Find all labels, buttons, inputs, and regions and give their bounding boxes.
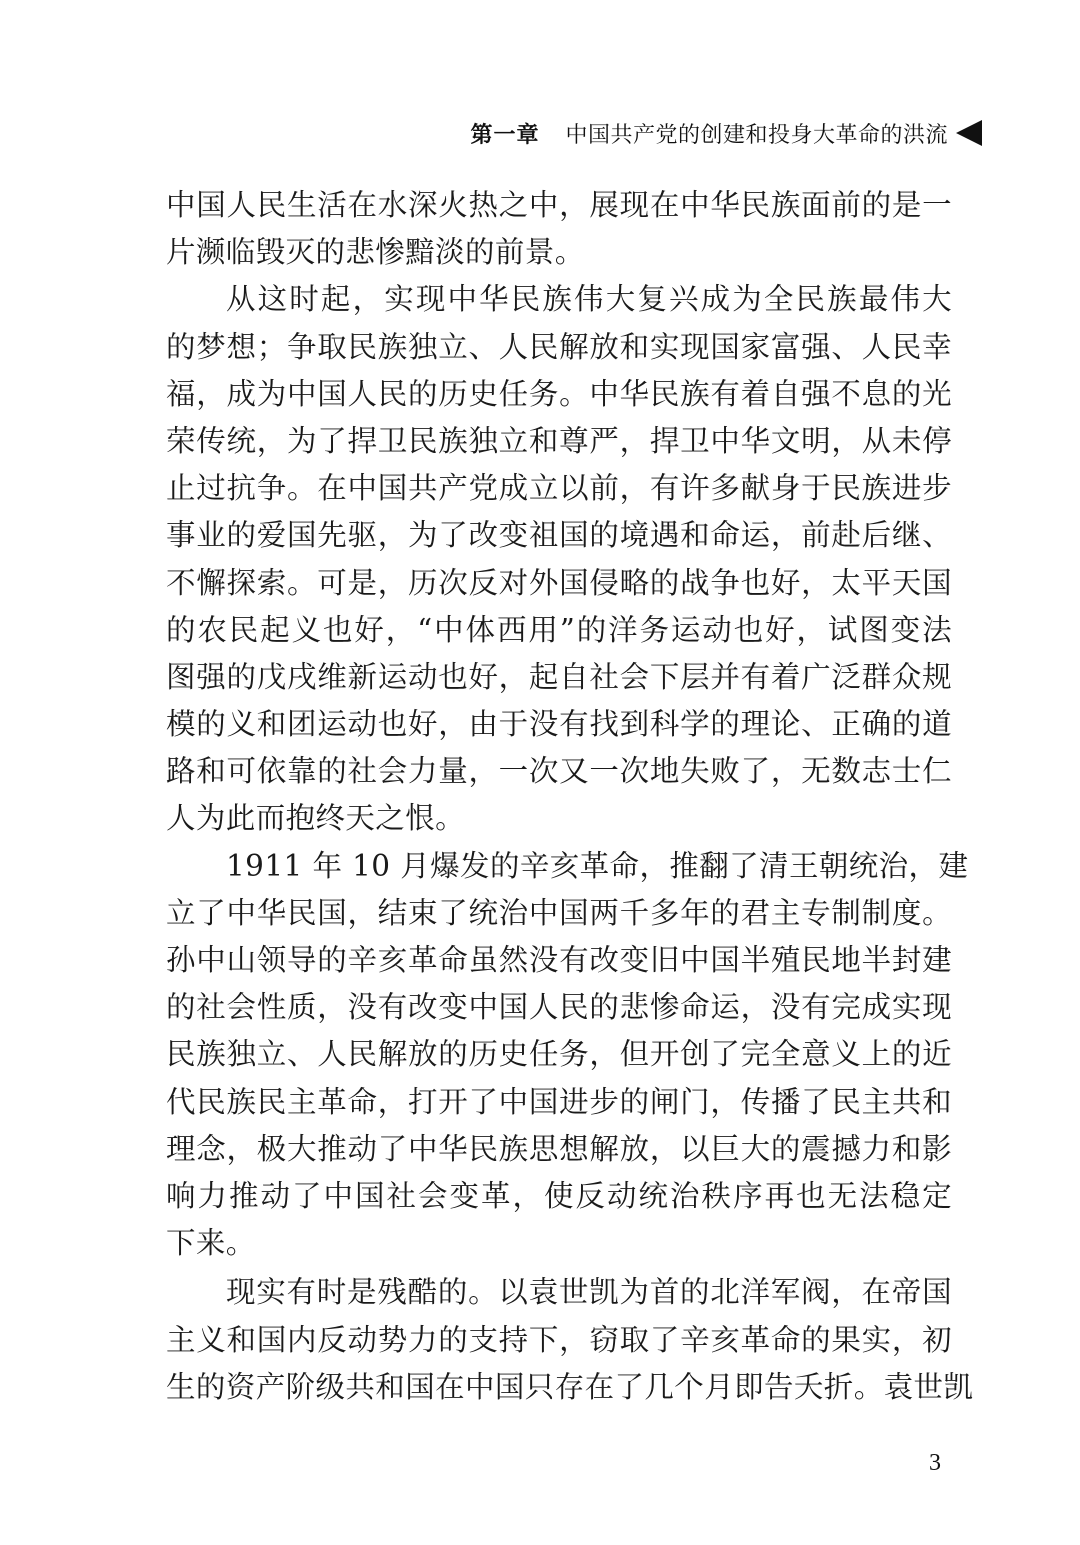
left-triangle-icon bbox=[956, 120, 982, 146]
text-line: 的农民起义也好，“中体西用”的洋务运动也好，试图变法 bbox=[166, 607, 952, 654]
text-line: 理念，极大推动了中华民族思想解放，以巨大的震撼力和影 bbox=[166, 1126, 952, 1173]
text-line: 荣传统，为了捍卫民族独立和尊严，捍卫中华文明，从未停 bbox=[166, 418, 952, 465]
text-line: 从这时起，实现中华民族伟大复兴成为全民族最伟大 bbox=[166, 276, 952, 323]
chapter-number: 第一章 bbox=[470, 118, 539, 149]
text-line: 代民族民主革命，打开了中国进步的闸门，传播了民主共和 bbox=[166, 1079, 952, 1126]
text-line: 路和可依靠的社会力量，一次又一次地失败了，无数志士仁 bbox=[166, 748, 952, 795]
running-header: 第一章 中国共产党的创建和投身大革命的洪流 bbox=[470, 113, 982, 153]
text-line: 立了中华民国，结束了统治中国两千多年的君主专制制度。 bbox=[166, 890, 952, 937]
text-line: 事业的爱国先驱，为了改变祖国的境遇和命运，前赴后继、 bbox=[166, 512, 952, 559]
text-line: 主义和国内反动势力的支持下，窃取了辛亥革命的果实，初 bbox=[166, 1317, 952, 1364]
text-line: 图强的戊戌维新运动也好，起自社会下层并有着广泛群众规 bbox=[166, 654, 952, 701]
text-line: 孙中山领导的辛亥革命虽然没有改变旧中国半殖民地半封建 bbox=[166, 937, 952, 984]
text-line: 不懈探索。可是，历次反对外国侵略的战争也好，太平天国 bbox=[166, 560, 952, 607]
text-line: 片濒临毁灭的悲惨黯淡的前景。 bbox=[166, 229, 952, 276]
text-line: 生的资产阶级共和国在中国只存在了几个月即告夭折。袁世凯 bbox=[166, 1364, 952, 1411]
text-line: 下来。 bbox=[166, 1220, 952, 1267]
paragraph: 1911 年 10 月爆发的辛亥革命，推翻了清王朝统治，建 立了中华民国，结束了… bbox=[166, 843, 952, 1268]
body-text: 中国人民生活在水深火热之中，展现在中华民族面前的是一 片濒临毁灭的悲惨黯淡的前景… bbox=[166, 182, 952, 1411]
text-line: 现实有时是残酷的。以袁世凯为首的北洋军阀，在帝国 bbox=[166, 1269, 952, 1316]
text-line: 的梦想；争取民族独立、人民解放和实现国家富强、人民幸 bbox=[166, 324, 952, 371]
text-line: 民族独立、人民解放的历史任务，但开创了完全意义上的近 bbox=[166, 1031, 952, 1078]
text-line: 福，成为中国人民的历史任务。中华民族有着自强不息的光 bbox=[166, 371, 952, 418]
text-line: 的社会性质，没有改变中国人民的悲惨命运，没有完成实现 bbox=[166, 984, 952, 1031]
chapter-title: 中国共产党的创建和投身大革命的洪流 bbox=[565, 118, 948, 149]
text-line: 模的义和团运动也好，由于没有找到科学的理论、正确的道 bbox=[166, 701, 952, 748]
text-line: 止过抗争。在中国共产党成立以前，有许多献身于民族进步 bbox=[166, 465, 952, 512]
paragraph: 从这时起，实现中华民族伟大复兴成为全民族最伟大 的梦想；争取民族独立、人民解放和… bbox=[166, 276, 952, 842]
paragraph: 现实有时是残酷的。以袁世凯为首的北洋军阀，在帝国 主义和国内反动势力的支持下，窃… bbox=[166, 1269, 952, 1411]
text-line: 中国人民生活在水深火热之中，展现在中华民族面前的是一 bbox=[166, 182, 952, 229]
paragraph: 中国人民生活在水深火热之中，展现在中华民族面前的是一 片濒临毁灭的悲惨黯淡的前景… bbox=[166, 182, 952, 276]
text-line: 响力推动了中国社会变革，使反动统治秩序再也无法稳定 bbox=[166, 1173, 952, 1220]
text-line: 1911 年 10 月爆发的辛亥革命，推翻了清王朝统治，建 bbox=[166, 843, 952, 890]
text-line: 人为此而抱终天之恨。 bbox=[166, 795, 952, 842]
page-number: 3 bbox=[929, 1450, 941, 1477]
